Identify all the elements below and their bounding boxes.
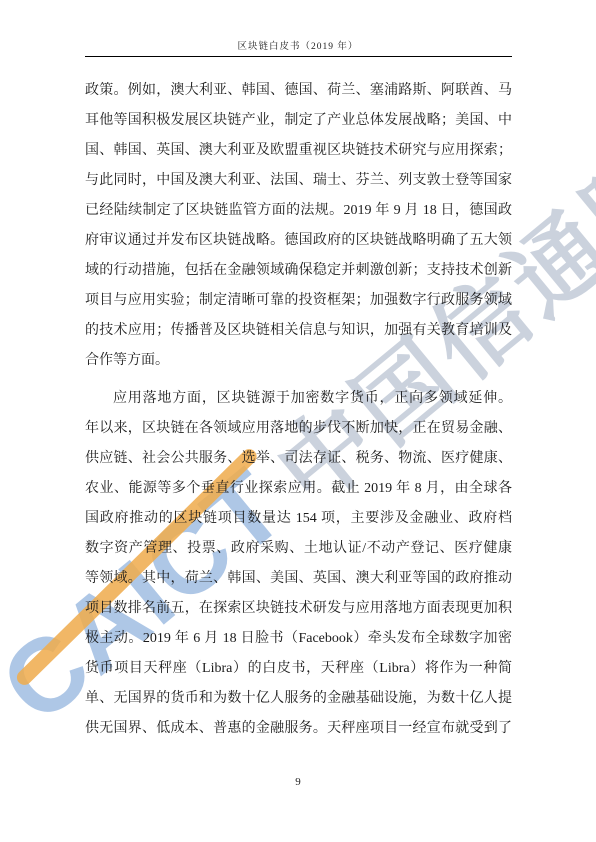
- text-line: 的技术应用；传播普及区块链相关信息与知识，加强有关教育培训及: [85, 316, 512, 346]
- text-line: 域的行动措施，包括在金融领域确保稳定并刺激创新；支持技术创新: [85, 256, 512, 286]
- text-line: 数字资产管理、投票、政府采购、土地认证/不动产登记、医疗健康: [85, 534, 512, 564]
- text-line: 等领域。其中，荷兰、韩国、美国、英国、澳大利亚等国的政府推动: [85, 564, 512, 594]
- paragraph: 应用落地方面，区块链源于加密数字货币，正向多领域延伸。2019年以来，区块链在各…: [85, 384, 512, 744]
- paragraph: 政策。例如，澳大利亚、韩国、德国、荷兰、塞浦路斯、阿联酋、马耳他等国积极发展区块…: [85, 76, 512, 376]
- body-text: 政策。例如，澳大利亚、韩国、德国、荷兰、塞浦路斯、阿联酋、马耳他等国积极发展区块…: [85, 76, 512, 744]
- text-line: 项目数排名前五，在探索区块链技术研发与应用落地方面表现更加积: [85, 594, 512, 624]
- document-page: 区块链白皮书（2019 年） CAICT 中国信通院 政策。例如，澳大利亚、韩国…: [0, 0, 596, 842]
- text-line: 农业、能源等多个垂直行业探索应用。截止 2019 年 8 月，由全球各: [85, 474, 512, 504]
- page-number: 9: [0, 776, 596, 788]
- text-line: 国、韩国、英国、澳大利亚及欧盟重视区块链技术研究与应用探索；: [85, 136, 512, 166]
- text-line: 已经陆续制定了区块链监管方面的法规。2019 年 9 月 18 日，德国政: [85, 196, 512, 226]
- text-line: 与此同时，中国及澳大利亚、法国、瑞士、芬兰、列支敦士登等国家: [85, 166, 512, 196]
- header-rule: [85, 56, 512, 57]
- text-line: 项目与应用实验；制定清晰可靠的投资框架；加强数字行政服务领域: [85, 286, 512, 316]
- text-line: 年以来，区块链在各领域应用落地的步伐不断加快，正在贸易金融、: [85, 414, 512, 444]
- running-head-title: 区块链白皮书（2019 年）: [0, 38, 596, 52]
- text-line: 极主动。2019 年 6 月 18 日脸书（Facebook）牵头发布全球数字加…: [85, 624, 512, 654]
- text-line: 府审议通过并发布区块链战略。德国政府的区块链战略明确了五大领: [85, 226, 512, 256]
- text-line: 应用落地方面，区块链源于加密数字货币，正向多领域延伸。2019: [85, 384, 512, 414]
- text-line: 耳他等国积极发展区块链产业，制定了产业总体发展战略；美国、中: [85, 106, 512, 136]
- text-line: 合作等方面。: [85, 346, 512, 376]
- text-line: 供应链、社会公共服务、选举、司法存证、税务、物流、医疗健康、: [85, 444, 512, 474]
- text-line: 货币项目天秤座（Libra）的白皮书，天秤座（Libra）将作为一种简: [85, 654, 512, 684]
- text-line: 政策。例如，澳大利亚、韩国、德国、荷兰、塞浦路斯、阿联酋、马: [85, 76, 512, 106]
- text-line: 供无国界、低成本、普惠的金融服务。天秤座项目一经宣布就受到了: [85, 714, 512, 744]
- text-line: 国政府推动的区块链项目数量达 154 项，主要涉及金融业、政府档案、: [85, 504, 512, 534]
- text-line: 单、无国界的货币和为数十亿人服务的金融基础设施，为数十亿人提: [85, 684, 512, 714]
